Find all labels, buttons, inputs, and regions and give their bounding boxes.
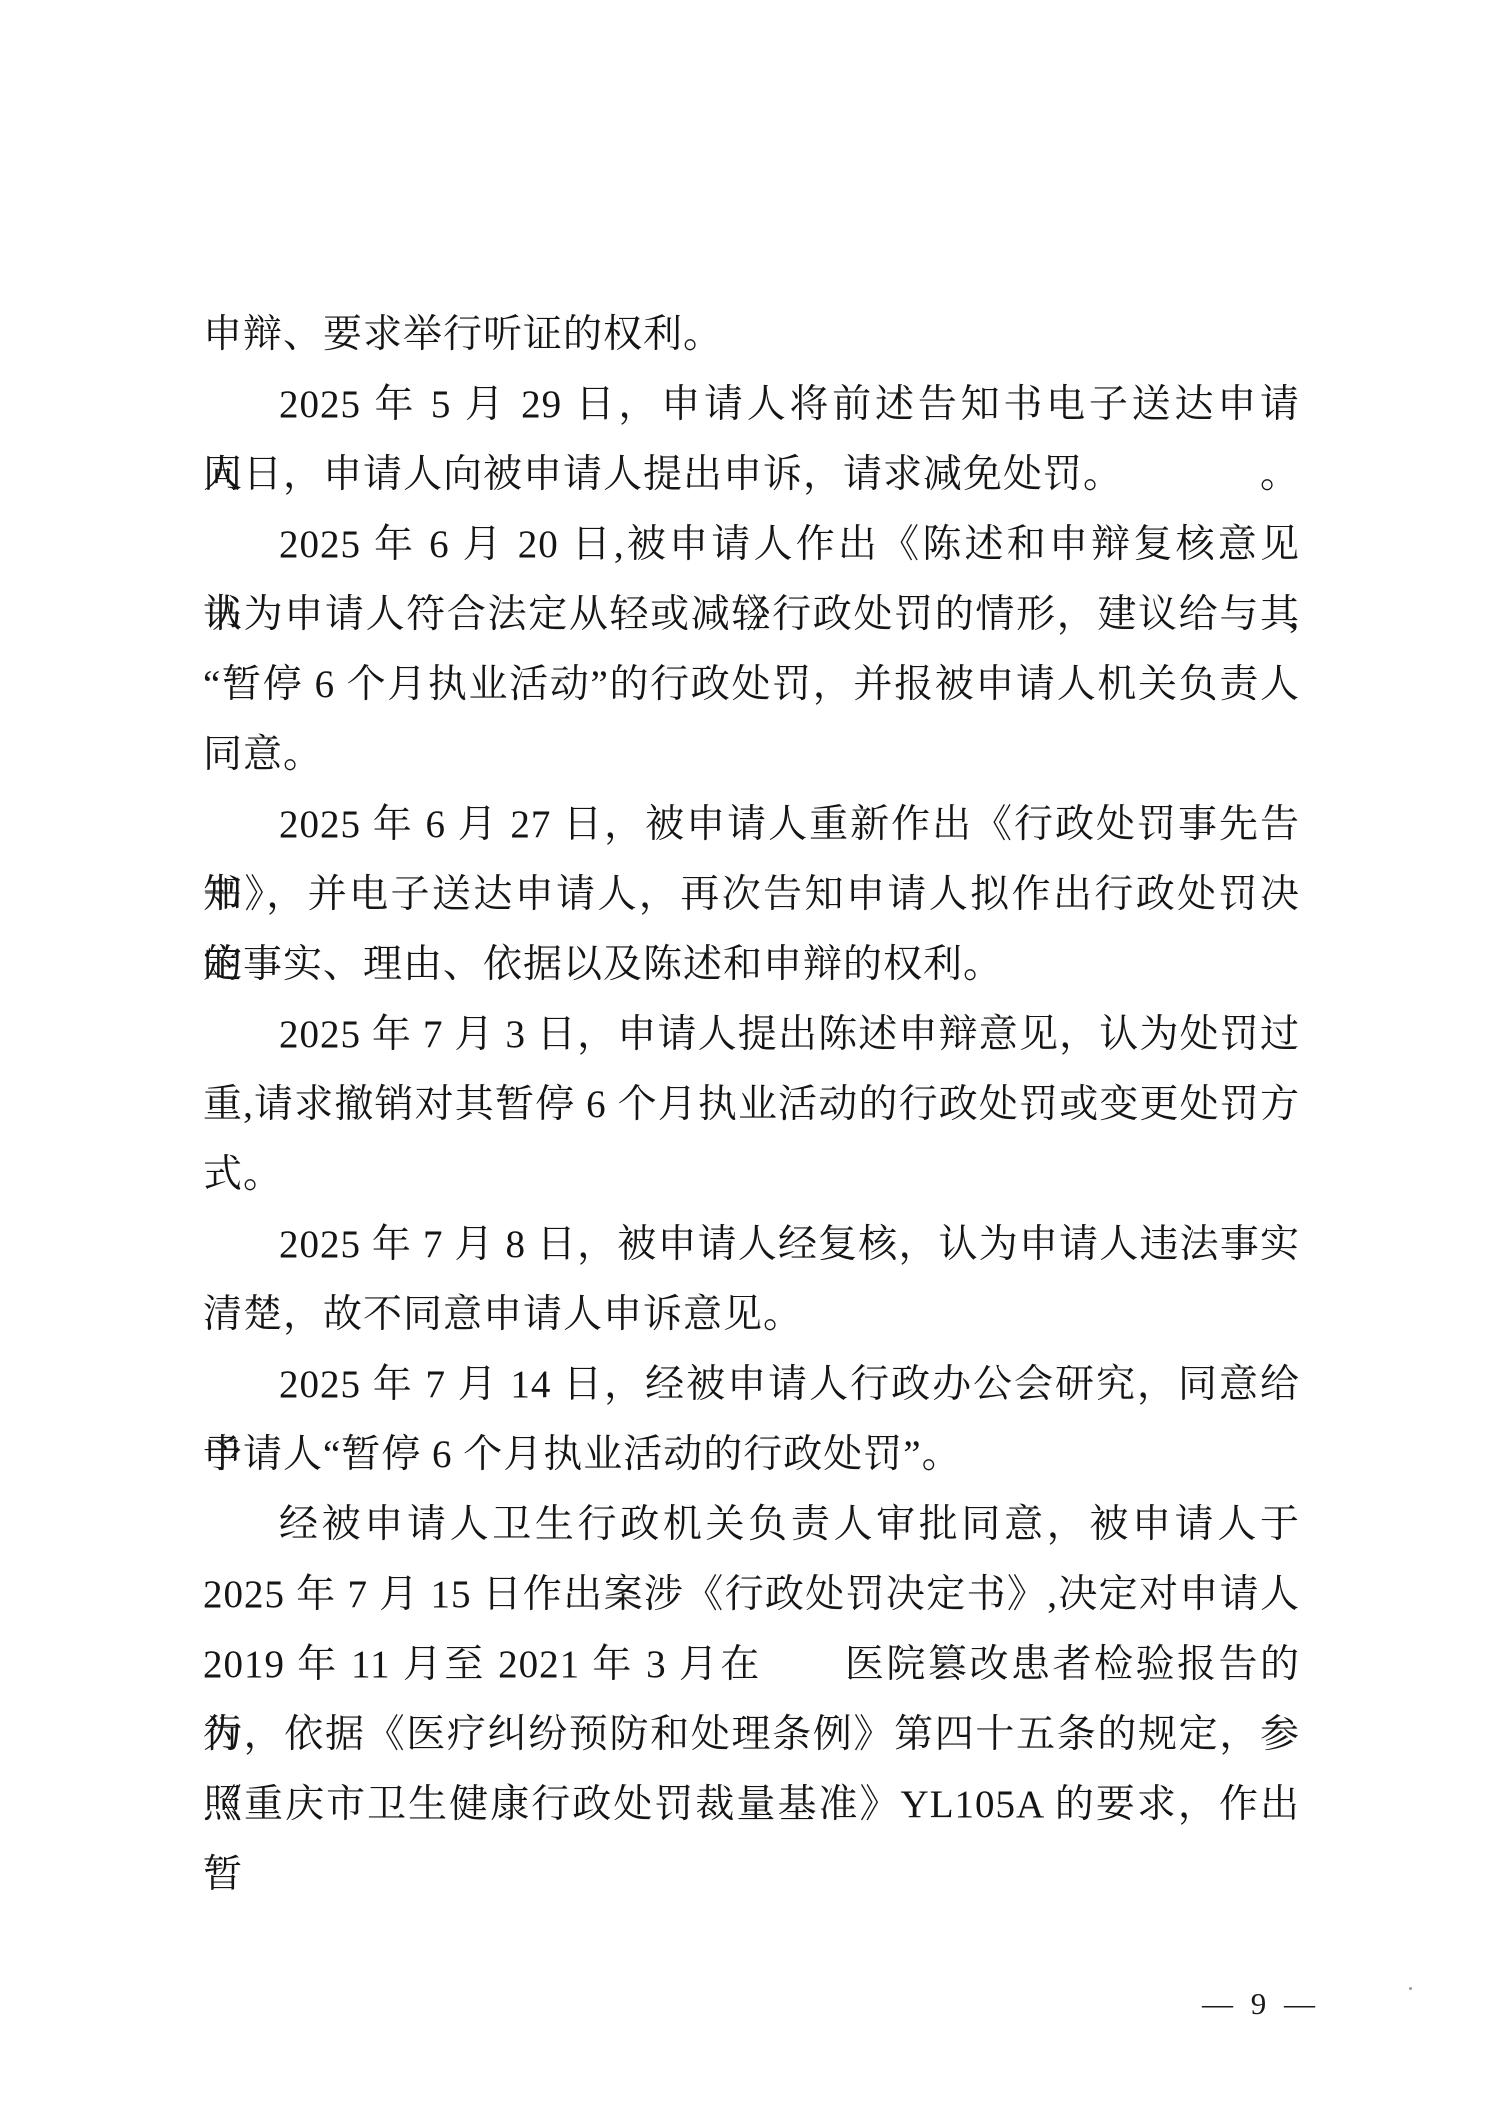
text-line: 2025 年 7 月 15 日作出案涉《行政处罚决定书》,决定对申请人 — [203, 1560, 1300, 1630]
text-line: 申辩、要求举行听证的权利。 — [203, 300, 1300, 370]
scan-speck-artifact — [1409, 1987, 1412, 1990]
text-line: 同意。 — [203, 720, 1300, 790]
text-line: 申请人“暂停 6 个月执业活动的行政处罚”。 — [203, 1420, 1300, 1490]
text-line: 2025 年 5 月 29 日，申请人将前述告知书电子送达申请人。 — [203, 370, 1300, 440]
text-line: 认为申请人符合法定从轻或减轻行政处罚的情形，建议给与其 — [203, 580, 1300, 650]
text-line: 2025 年 6 月 27 日，被申请人重新作出《行政处罚事先告知 — [203, 790, 1300, 860]
text-line: 2025 年 7 月 14 日，经被申请人行政办公会研究，同意给予 — [203, 1350, 1300, 1420]
text-line: 2025 年 7 月 8 日，被申请人经复核，认为申请人违法事实 — [203, 1210, 1300, 1280]
text-line: 重,请求撤销对其暂停 6 个月执业活动的行政处罚或变更处罚方 — [203, 1070, 1300, 1140]
text-line: 经被申请人卫生行政机关负责人审批同意，被申请人于 — [203, 1490, 1300, 1560]
text-line: 清楚，故不同意申请人申诉意见。 — [203, 1280, 1300, 1350]
text-line: 2025 年 7 月 3 日，申请人提出陈述申辩意见，认为处罚过 — [203, 1000, 1300, 1070]
page-number: — 9 — — [1196, 1986, 1326, 2022]
text-line: 2019 年 11 月至 2021 年 3 月在 医院篡改患者检验报告的行 — [203, 1630, 1300, 1700]
text-line: 书》，并电子送达申请人，再次告知申请人拟作出行政处罚决定 — [203, 860, 1300, 930]
text-line: 为，依据《医疗纠纷预防和处理条例》第四十五条的规定，参照 — [203, 1700, 1300, 1770]
document-page: 申辩、要求举行听证的权利。 2025 年 5 月 29 日，申请人将前述告知书电… — [0, 0, 1487, 2105]
body-text: 申辩、要求举行听证的权利。 2025 年 5 月 29 日，申请人将前述告知书电… — [203, 300, 1300, 1840]
text-line: 的事实、理由、依据以及陈述和申辩的权利。 — [203, 930, 1300, 1000]
text-line: 2025 年 6 月 20 日,被申请人作出《陈述和申辩复核意见书》, — [203, 510, 1300, 580]
text-line: 式。 — [203, 1140, 1300, 1210]
text-line: “暂停 6 个月执业活动”的行政处罚，并报被申请人机关负责人 — [203, 650, 1300, 720]
text-line: 《重庆市卫生健康行政处罚裁量基准》YL105A 的要求，作出暂 — [203, 1770, 1300, 1840]
